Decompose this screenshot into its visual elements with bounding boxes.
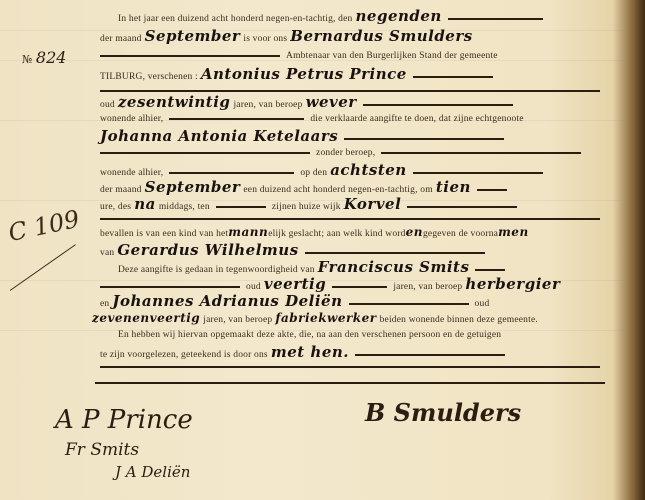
line-11: bevallen is van een kind van hetmannelij…	[100, 222, 645, 242]
signature-witness-1: Fr Smits	[65, 440, 139, 460]
printed-text: die verklaarde aangifte te doen, dat zij…	[310, 114, 523, 124]
printed-text: zijnen huize wijk	[272, 202, 341, 212]
line-0: In het jaar een duizend acht honderd neg…	[118, 6, 645, 26]
printed-text: In het jaar een duizend acht honderd neg…	[118, 14, 352, 24]
signature-father: A P Prince	[55, 405, 193, 435]
printed-text: Ambtenaar van den Burgerlijken Stand der…	[286, 51, 498, 61]
printed-text: te zijn voorgelezen, geteekend is door o…	[100, 350, 268, 360]
number-label: №	[22, 53, 32, 66]
handwritten-text: men	[498, 225, 529, 239]
line-2: Ambtenaar van den Burgerlijken Stand der…	[100, 46, 645, 66]
handwritten-text: en	[406, 225, 423, 239]
margin-annotation: C 109	[6, 205, 82, 247]
handwritten-text: na	[134, 195, 156, 213]
book-spine	[635, 0, 645, 500]
handwritten-text: fabriekwerker	[275, 311, 376, 325]
handwritten-text: Antonius Petrus Prince	[201, 65, 407, 83]
handwritten-text: September	[145, 27, 241, 45]
printed-text: jaren, van beroep	[203, 315, 272, 325]
printed-text: elijk geslacht; aan welk kind word	[268, 229, 405, 239]
line-18: te zijn voorgelezen, geteekend is door o…	[100, 342, 645, 362]
handwritten-text: zevenenveertig	[92, 311, 200, 325]
printed-text: ure, des	[100, 202, 131, 212]
handwritten-text: Korvel	[344, 195, 402, 213]
line-1: der maand September is voor ons Bernardu…	[100, 26, 645, 46]
printed-text: bevallen is van een kind van het	[100, 229, 228, 239]
handwritten-text: Bernardus Smulders	[290, 27, 472, 45]
handwritten-text: negenden	[356, 7, 442, 25]
printed-text: beiden wonende binnen deze gemeente.	[380, 315, 538, 325]
signature-registrar: B Smulders	[365, 398, 521, 427]
printed-text: zonder beroep,	[316, 148, 375, 158]
printed-text: middags, ten	[159, 202, 210, 212]
line-3: TILBURG, verschenen : Antonius Petrus Pr…	[100, 64, 645, 84]
signature-witness-2: J A Deliën	[115, 463, 190, 481]
printed-text: wonende alhier,	[100, 114, 163, 124]
printed-text: is voor ons	[243, 34, 287, 44]
printed-text: gegeven de voorna	[423, 229, 498, 239]
act-number: № 824	[22, 48, 66, 67]
number-value: 824	[36, 48, 67, 67]
printed-text: TILBURG, verschenen :	[100, 72, 198, 82]
printed-text: En hebben wij hiervan opgemaakt deze akt…	[118, 330, 501, 340]
printed-text: van	[100, 248, 114, 258]
printed-text: der maand	[100, 34, 142, 44]
handwritten-text: mann	[228, 225, 268, 239]
margin-stroke	[10, 244, 76, 291]
line-10: ure, des na middags, ten zijnen huize wi…	[100, 194, 645, 214]
handwritten-text: met hen.	[271, 343, 349, 361]
